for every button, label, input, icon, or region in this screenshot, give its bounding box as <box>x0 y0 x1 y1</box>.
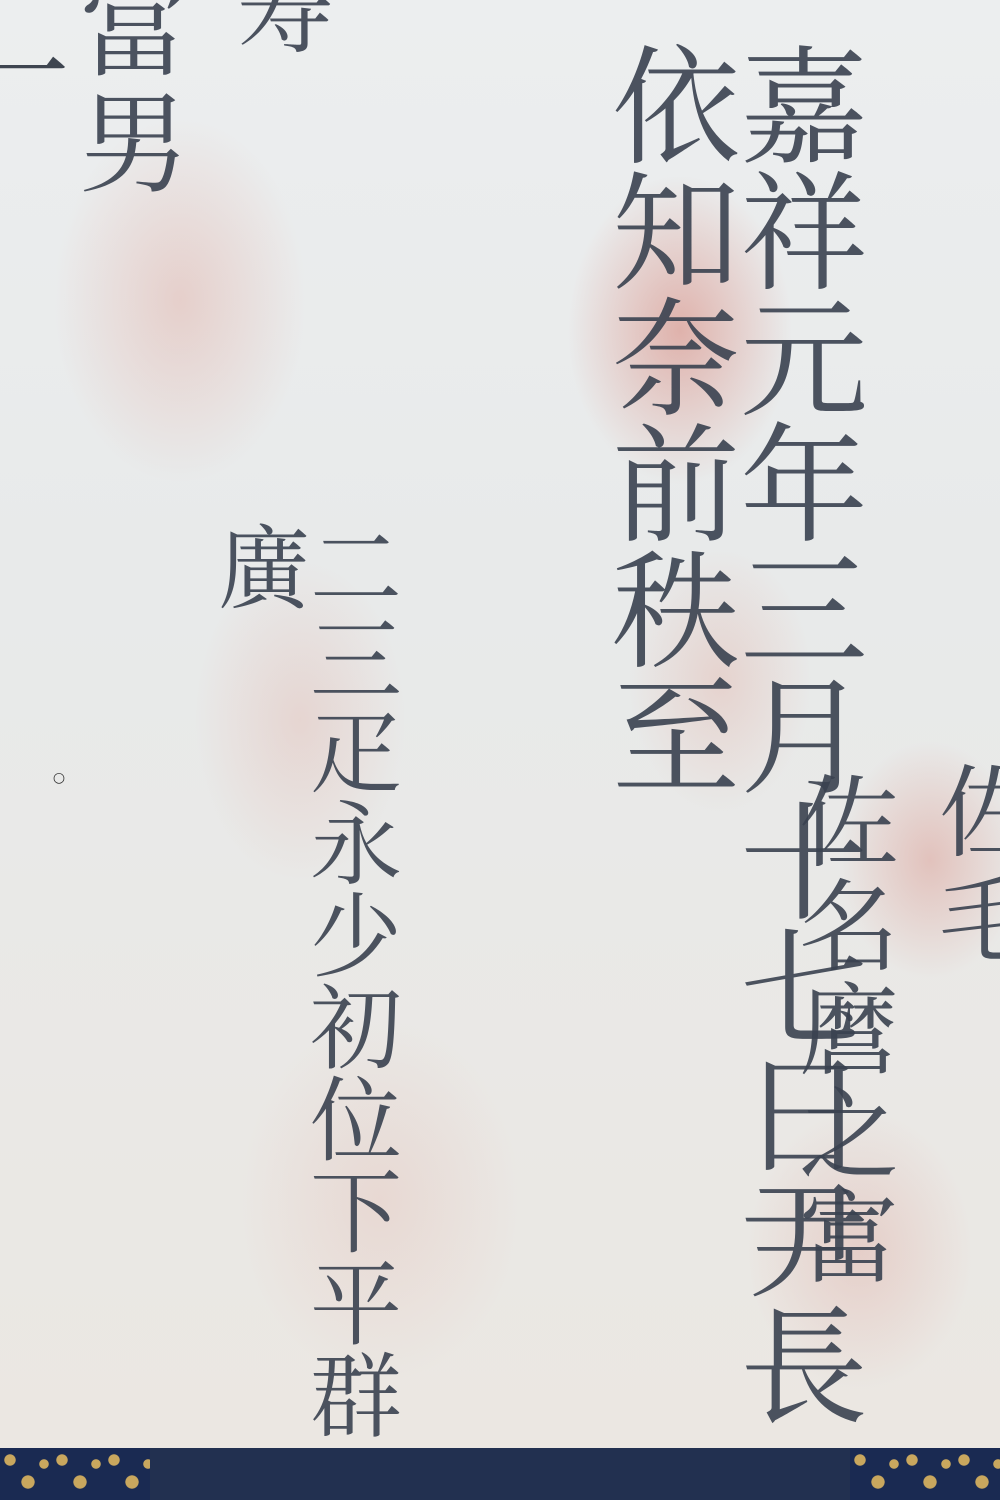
right-edge-column: 佐毛 <box>930 760 1000 972</box>
brocade-mount <box>0 1448 1000 1500</box>
top-left-column-text: 當男 <box>70 0 180 202</box>
signature-column: 二三疋永少初位下平群廣 <box>210 520 394 1448</box>
right-lower-column: 佐名麿之富 <box>790 770 890 1290</box>
brocade-pattern-right <box>850 1448 1000 1500</box>
top-left-partial-text: 寿 <box>230 0 326 62</box>
small-ink-mark: ○ <box>55 770 67 850</box>
brocade-pattern-left <box>0 1448 150 1500</box>
far-left-column-text: 一 <box>0 20 60 126</box>
manuscript-paper: 一 當男 寿 嘉祥元年三月十七日尹長依知奈前秩至 二三疋永少初位下平群廣 佐名麿… <box>0 0 1000 1448</box>
